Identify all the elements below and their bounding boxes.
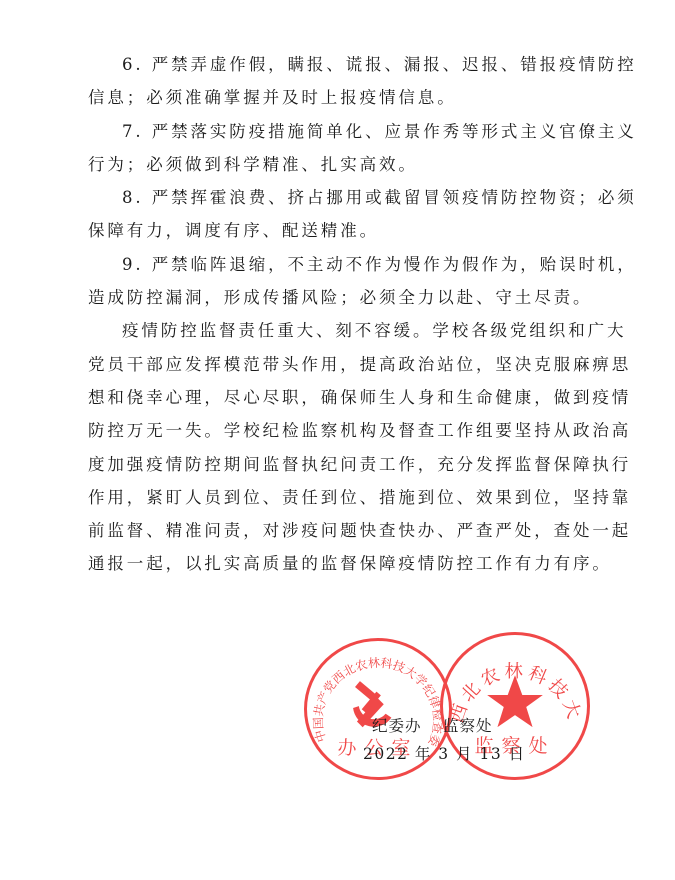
- text-line-15: 前监督、精准问责，对涉疫问题快查快办、严查严处，查处一起: [88, 514, 598, 547]
- text-line-7: 9. 严禁临阵退缩，不主动不作为慢作为假作为，贻误时机，: [88, 248, 598, 281]
- text-line-1: 6. 严禁弄虚作假，瞒报、谎报、漏报、迟报、错报疫情防控: [88, 48, 598, 81]
- text-line-6: 保障有力，调度有序、配送精准。: [88, 214, 598, 247]
- text-line-3: 7. 严禁落实防疫措施简单化、应景作秀等形式主义官僚主义: [88, 115, 598, 148]
- text-line-14: 作用，紧盯人员到位、责任到位、措施到位、效果到位，坚持靠: [88, 481, 598, 514]
- text-line-8: 造成防控漏洞，形成传播风险；必须全力以赴、守土尽责。: [88, 281, 598, 314]
- document-body: 6. 严禁弄虚作假，瞒报、谎报、漏报、迟报、错报疫情防控 信息；必须准确掌握并及…: [88, 48, 598, 581]
- text-line-11: 想和侥幸心理，尽心尽职，确保师生人身和生命健康，做到疫情: [88, 381, 598, 414]
- document-page: 6. 严禁弄虚作假，瞒报、谎报、漏报、迟报、错报疫情防控 信息；必须准确掌握并及…: [0, 0, 675, 880]
- text-line-5: 8. 严禁挥霍浪费、挤占挪用或截留冒领疫情防控物资；必须: [88, 181, 598, 214]
- signature-supervision: 监察处: [443, 714, 493, 736]
- signature-date: 2022 年 3 月 13 日: [363, 742, 526, 764]
- text-line-10: 党员干部应发挥模范带头作用，提高政治站位，坚决克服麻痹思: [88, 348, 598, 381]
- text-line-4: 行为；必须做到科学精准、扎实高效。: [88, 148, 598, 181]
- text-line-2: 信息；必须准确掌握并及时上报疫情信息。: [88, 81, 598, 114]
- text-line-13: 度加强疫情防控期间监督执纪问责工作，充分发挥监督保障执行: [88, 448, 598, 481]
- text-line-16: 通报一起，以扎实高质量的监督保障疫情防控工作有力有序。: [88, 547, 598, 580]
- text-line-9: 疫情防控监督责任重大、刻不容缓。学校各级党组织和广大: [88, 314, 598, 347]
- text-line-12: 防控万无一失。学校纪检监察机构及督查工作组要坚持从政治高: [88, 414, 598, 447]
- signature-office: 纪委办: [372, 714, 422, 736]
